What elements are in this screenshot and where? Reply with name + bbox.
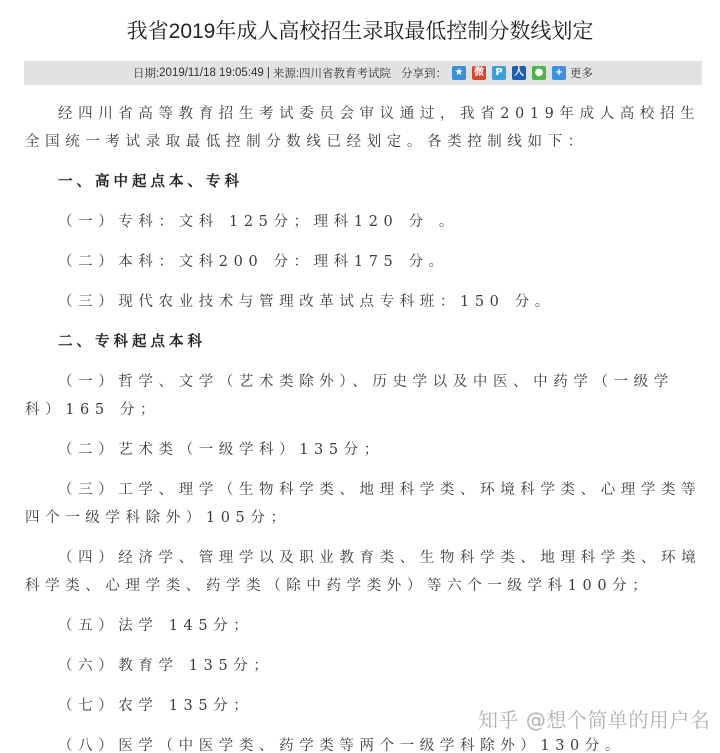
list-item: （二）艺术类（一级学科）135分； [25,436,705,464]
intro-paragraph: 经四川省高等教育招生考试委员会审议通过，我省2019年成人高校招生全国统一考试录… [25,100,705,156]
meta-separator: | [267,67,270,79]
date-label: 日期: [133,65,159,81]
renren-icon[interactable]: 人 [512,66,526,80]
more-share-icon[interactable]: + [552,66,566,80]
list-item: （六）教育学 135分； [25,652,705,680]
share-label: 分享到： [401,65,447,81]
section-heading: 一、高中起点本、专科 [25,168,705,196]
source-label: 来源: [273,65,299,81]
list-item: （八）医学（中医学类、药学类等两个一级学科除外）130分。 [25,732,705,753]
weibo-icon[interactable]: 微 [472,66,486,80]
share-more-link[interactable]: 更多 [570,65,593,81]
section-heading: 二、专科起点本科 [25,328,705,356]
zhihu-watermark: 知乎 @想个简单的用户名 [478,704,710,733]
tencent-weibo-icon[interactable]: P [492,66,506,80]
wechat-icon[interactable]: ● [532,66,546,80]
list-item: （一）哲学、文学（艺术类除外）、历史学以及中医、中药学（一级学科）165 分； [25,368,705,424]
list-item: （三）现代农业技术与管理改革试点专科班：150 分。 [25,288,705,316]
list-item: （二）本科：文科200 分：理科175 分。 [25,248,705,276]
list-item: （三）工学、理学（生物科学类、地理科学类、环境科学类、心理学类等四个一级学科除外… [25,476,705,532]
list-item: （五）法学 145分； [25,612,705,640]
list-item: （一）专科：文科 125分；理科120 分 。 [25,208,705,236]
list-item: （四）经济学、管理学以及职业教育类、生物科学类、地理科学类、环境科学类、心理学类… [25,544,705,600]
publish-date: 2019/11/18 19:05:49 [159,67,264,79]
article-title: 我省2019年成人高校招生录取最低控制分数线划定 [0,17,720,47]
qzone-icon[interactable]: ★ [452,66,466,80]
article-meta-bar: 日期: 2019/11/18 19:05:49 | 来源: 四川省教育考试院 分… [24,61,702,85]
source-name: 四川省教育考试院 [299,65,391,81]
article-body: 经四川省高等教育招生考试委员会审议通过，我省2019年成人高校招生全国统一考试录… [25,100,705,753]
